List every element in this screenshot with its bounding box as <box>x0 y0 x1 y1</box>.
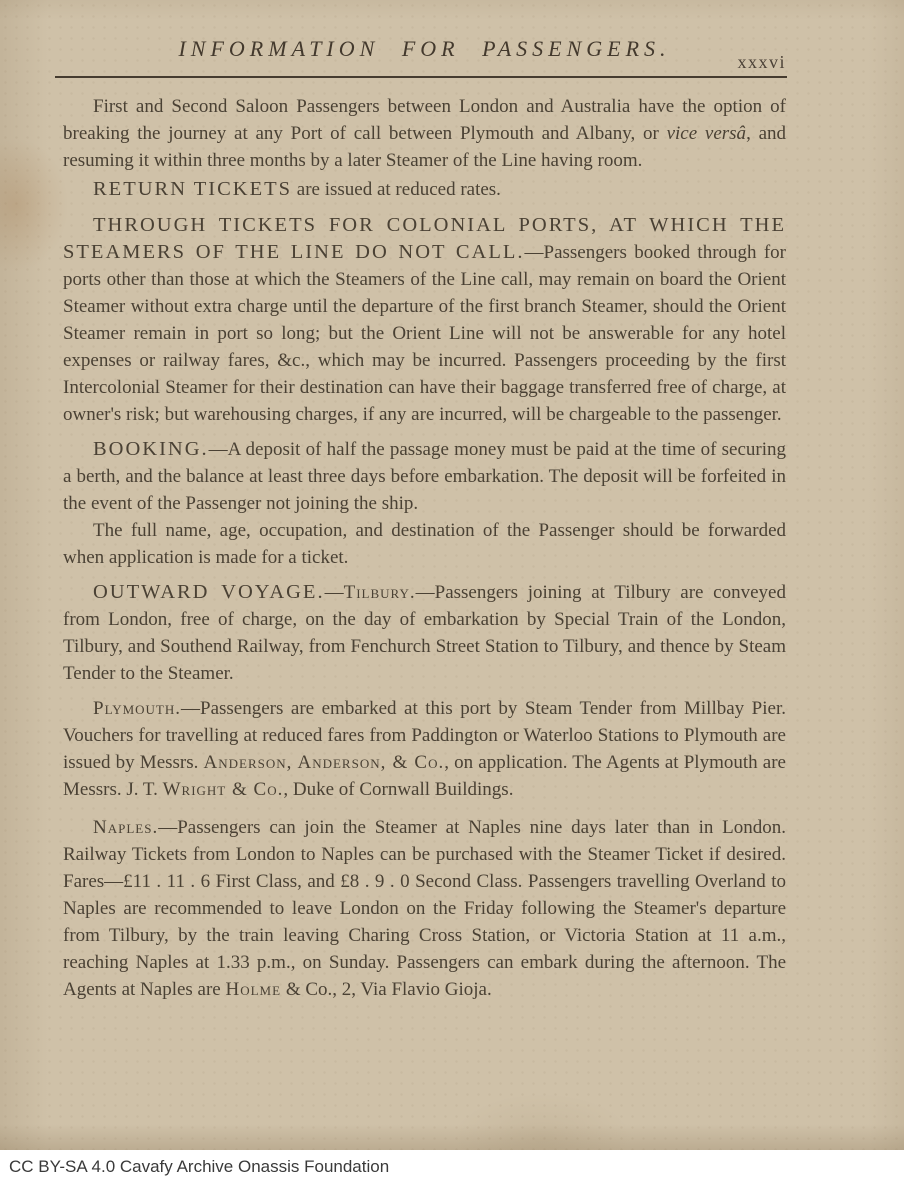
caps-text-run: OUTWARD VOYAGE. <box>93 581 325 603</box>
caps-text-run: BOOKING. <box>93 438 209 460</box>
text-run: are issued at reduced rates. <box>292 179 501 200</box>
caps-text-run: RETURN TICKETS <box>93 178 292 200</box>
page-body: First and Second Saloon Passengers betwe… <box>63 93 786 1003</box>
license-text: CC BY-SA 4.0 Cavafy Archive Onassis Foun… <box>0 1157 389 1177</box>
paragraph-5: The full name, age, occupation, and dest… <box>63 517 786 571</box>
license-bar: CC BY-SA 4.0 Cavafy Archive Onassis Foun… <box>0 1150 904 1184</box>
page-title: INFORMATION FOR PASSENGERS. <box>63 36 786 62</box>
sc-text-run: Plymouth. <box>93 698 181 719</box>
text-run: The full name, age, occupation, and dest… <box>63 520 786 568</box>
text-run: — <box>325 582 344 603</box>
sc-text-run: Holme <box>226 979 282 1000</box>
paragraph-2: RETURN TICKETS are issued at reduced rat… <box>63 176 786 203</box>
page-number: xxxvi <box>737 52 786 73</box>
paragraph-7: Plymouth.—Passengers are embarked at thi… <box>63 695 786 803</box>
text-run: , Duke of Cornwall Buildings. <box>283 779 513 800</box>
scanned-page: INFORMATION FOR PASSENGERS. xxxvi First … <box>0 0 904 1150</box>
paragraph-4: BOOKING.—A deposit of half the passage m… <box>63 436 786 517</box>
paragraph-1: First and Second Saloon Passengers betwe… <box>63 93 786 174</box>
header-rule <box>55 76 787 78</box>
sc-text-run: Anderson, Anderson, & Co. <box>204 752 445 773</box>
sc-text-run: Naples. <box>93 817 158 838</box>
text-run: —Passengers can join the Steamer at Napl… <box>63 817 786 1000</box>
screenshot-root: INFORMATION FOR PASSENGERS. xxxvi First … <box>0 0 904 1184</box>
sc-text-run: Tilbury. <box>344 582 416 603</box>
text-run: —Passengers booked through for ports oth… <box>63 242 786 425</box>
sc-text-run: Wright & Co. <box>163 779 284 800</box>
it-text-run: vice versâ <box>667 123 747 144</box>
page-header: INFORMATION FOR PASSENGERS. xxxvi <box>63 0 786 62</box>
text-run: & Co., 2, Via Flavio Gioja. <box>281 979 492 1000</box>
paragraph-8: Naples.—Passengers can join the Steamer … <box>63 814 786 1003</box>
paragraph-3: THROUGH TICKETS FOR COLONIAL PORTS, AT W… <box>63 212 786 428</box>
paragraph-6: OUTWARD VOYAGE.—Tilbury.—Passengers join… <box>63 579 786 687</box>
